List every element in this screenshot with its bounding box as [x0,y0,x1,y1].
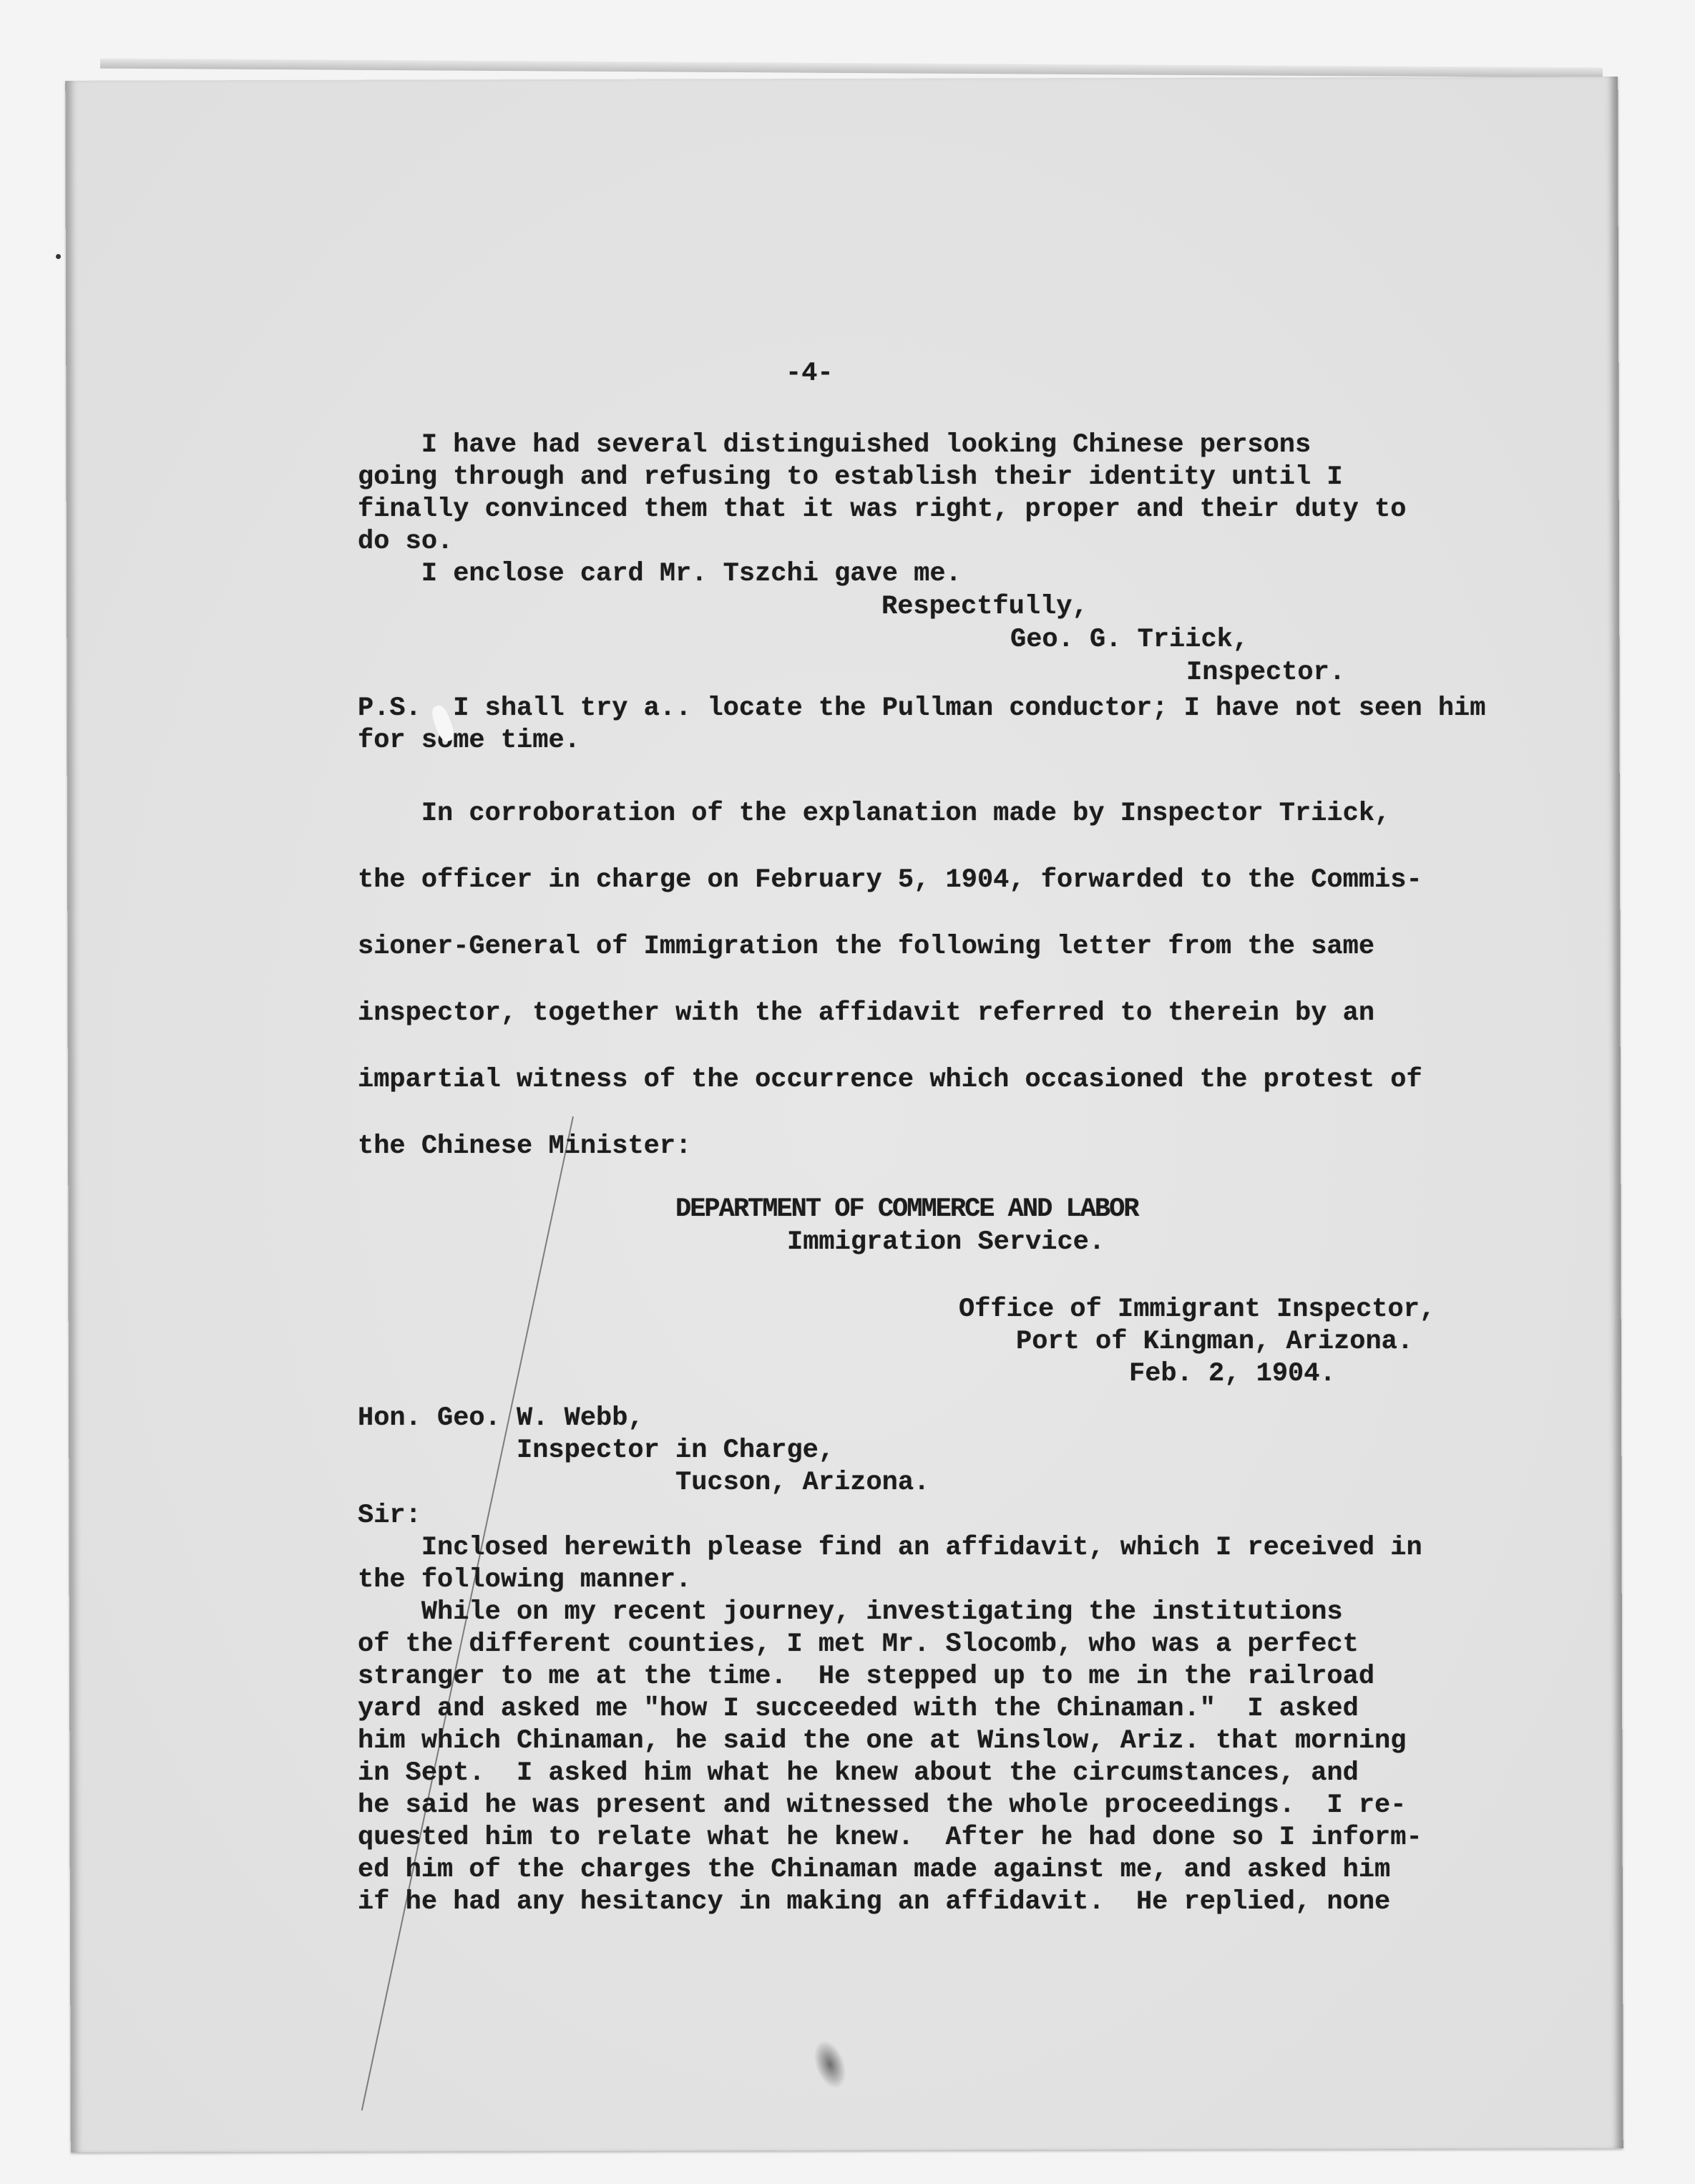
body-line: he said he was present and witnessed the… [358,1790,1406,1822]
paragraph-line: do so. [358,526,453,558]
postscript-line: P.S. I shall try a.. locate the Pullman … [358,693,1485,725]
body-line: the following manner. [358,1564,691,1596]
paragraph-line: I enclose card Mr. Tszchi gave me. [358,558,962,590]
stray-mark [56,254,61,259]
sender-port: Port of Kingman, Arizona. [1016,1326,1413,1358]
body-line: in Sept. I asked him what he knew about … [358,1758,1359,1790]
closing: Respectfully, [881,591,1088,623]
body-line: if he had any hesitancy in making an aff… [358,1886,1390,1919]
body-line: quested him to relate what he knew. Afte… [358,1822,1422,1854]
body-line: yard and asked me "how I succeeded with … [358,1693,1359,1725]
paragraph-line: I have had several distinguished looking… [358,429,1311,462]
service-heading: Immigration Service. [787,1227,1105,1259]
paper-top-edge [100,59,1603,78]
body-line: him which Chinaman, he said the one at W… [358,1725,1406,1758]
signature-name: Geo. G. Triick, [1010,624,1249,656]
body-line: While on my recent journey, investigatin… [358,1596,1343,1629]
body-line: of the different counties, I met Mr. Slo… [358,1629,1359,1661]
addressee-location: Tucson, Arizona. [675,1467,929,1499]
narrative-line: the Chinese Minister: [358,1131,691,1163]
addressee-name: Hon. Geo. W. Webb, [358,1403,644,1435]
addressee-title: Inspector in Charge, [517,1435,834,1467]
narrative-line: sioner-General of Immigration the follow… [358,931,1374,963]
body-line: stranger to me at the time. He stepped u… [358,1661,1374,1693]
salutation: Sir: [358,1500,421,1532]
department-heading: DEPARTMENT OF COMMERCE AND LABOR [675,1194,1138,1226]
narrative-line: the officer in charge on February 5, 190… [358,864,1422,897]
narrative-line: inspector, together with the affidavit r… [358,998,1374,1030]
postscript-line: for some time. [358,725,580,757]
paragraph-line: going through and refusing to establish … [358,462,1343,494]
narrative-line: impartial witness of the occurrence whic… [358,1064,1422,1096]
letter-date: Feb. 2, 1904. [1129,1358,1336,1390]
paragraph-line: finally convinced them that it was right… [358,494,1406,526]
sender-office: Office of Immigrant Inspector, [959,1294,1435,1326]
body-line: ed him of the charges the Chinaman made … [358,1854,1390,1886]
signature-title: Inspector. [1186,657,1345,689]
body-line: Inclosed herewith please find an affidav… [358,1532,1422,1564]
narrative-line: In corroboration of the explanation made… [358,798,1390,830]
page-number: -4- [786,358,834,390]
